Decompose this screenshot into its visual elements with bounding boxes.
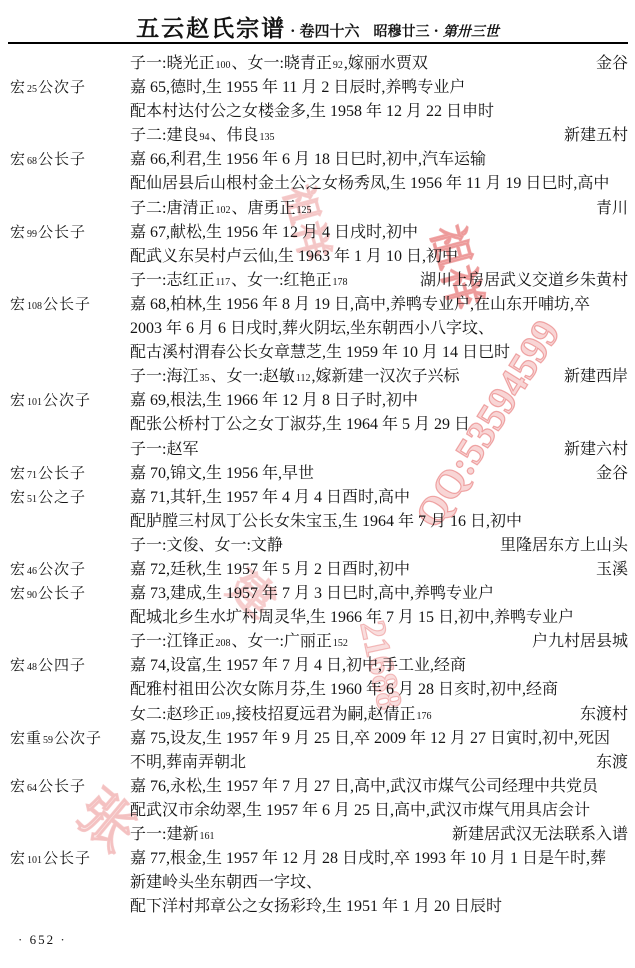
entry-place: 新建六村 [554, 438, 628, 462]
entry-label: 宏重59公次子 [10, 727, 130, 753]
entry-line: 宏51公之子嘉 71,其轩,生 1957 年 4 月 4 日酉时,高中 [10, 486, 628, 510]
entry-place: 新建居武汉无法联系入谱 [442, 823, 628, 847]
entry-line: 配武义东吴村卢云仙,生 1963 年 1 月 10 日,初中 [10, 245, 628, 269]
ref-number: 51 [26, 494, 38, 505]
entry-text: 配下洋村邦章公之女扬彩玲,生 1951 年 1 月 20 日辰时 [130, 895, 502, 919]
entry-text: 配古溪村渭春公长女章慧芝,生 1959 年 10 月 14 日巳时 [130, 341, 510, 365]
entry-line: 宏68公长子嘉 66,利君,生 1956 年 6 月 18 日巳时,初中,汽车运… [10, 148, 628, 172]
ref-number: 94 [198, 132, 210, 143]
entry-text: 子一:江锋正208、女一:广丽正152 [130, 630, 349, 656]
ref-number: 101 [26, 397, 43, 408]
entry-text: 新建岭头坐东朝西一字坟、 [130, 871, 322, 895]
entry-line: 宏71公长子嘉 70,锦文,生 1956 年,早世金谷 [10, 462, 628, 486]
ref-number: 125 [295, 205, 312, 216]
entry-text: 嘉 65,德时,生 1955 年 11 月 2 日辰时,养鸭专业户 [130, 76, 465, 100]
title-separator-2: · [434, 23, 439, 40]
ref-number: 161 [198, 831, 215, 842]
entry-line: 宏108公长子嘉 68,柏林,生 1956 年 8 月 19 日,高中,养鸭专业… [10, 293, 628, 317]
entry-line: 子一:江锋正208、女一:广丽正152户九村居县城 [10, 630, 628, 654]
ref-number: 35 [198, 373, 210, 384]
entries: 子一:晓光正100、女一:晓青正92,嫁丽水贾双金谷宏25公次子嘉 65,德时,… [10, 52, 628, 919]
entry-label: 宏71公长子 [10, 462, 130, 488]
entry-text: 配城北乡生水圹村周灵华,生 1966 年 7 月 15 日,初中,养鸭专业户 [130, 606, 574, 630]
entry-label: 宏51公之子 [10, 486, 130, 512]
entry-place: 里隆居东方上山头 [490, 534, 628, 558]
entry-label: 宏108公长子 [10, 293, 130, 319]
ref-number: 46 [26, 566, 38, 577]
entry-place: 湖川上房居武义交道乡朱黄村 [410, 269, 628, 293]
entry-text: 子二:唐清正102、唐勇正125 [130, 197, 312, 223]
entry-line: 宏90公长子嘉 73,建成,生 1957 年 7 月 3 日巳时,高中,养鸭专业… [10, 582, 628, 606]
entry-text: 配仙居县后山根村金土公之女杨秀凤,生 1956 年 11 月 19 日巳时,高中 [130, 172, 609, 196]
entry-line: 女二:赵珍正109,接枝招夏远君为嗣,赵倩正176东渡村 [10, 703, 628, 727]
entry-line: 子一:赵军新建六村 [10, 438, 628, 462]
entry-line: 配仙居县后山根村金土公之女杨秀凤,生 1956 年 11 月 19 日巳时,高中 [10, 172, 628, 196]
entry-place: 青川 [586, 197, 628, 221]
book-title: 五云赵氏宗谱 [136, 16, 286, 41]
entry-text: 配本村达付公之女楼金多,生 1958 年 12 月 22 日申时 [130, 100, 494, 124]
entry-line: 配城北乡生水圹村周灵华,生 1966 年 7 月 15 日,初中,养鸭专业户 [10, 606, 628, 630]
entry-text: 配雅村祖田公次女陈月芬,生 1960 年 6 月 28 日亥时,初中,经商 [130, 678, 558, 702]
entry-text: 嘉 77,根金,生 1957 年 12 月 28 日戌时,卒 1993 年 10… [130, 847, 606, 871]
entry-place: 东渡村 [570, 703, 628, 727]
ref-number: 109 [214, 711, 231, 722]
entry-text: 嘉 73,建成,生 1957 年 7 月 3 日巳时,高中,养鸭专业户 [130, 582, 494, 606]
entry-text: 配武汉市余幼翠,生 1957 年 6 月 25 日,高中,武汉市煤气用具店会计 [130, 799, 590, 823]
ref-number: 178 [332, 277, 349, 288]
entry-text: 子一:赵军 [130, 438, 198, 462]
entry-text: 子一:海江35、女一:赵敏112,嫁新建一汉次子兴标 [130, 365, 460, 391]
ref-number: 117 [214, 277, 231, 288]
entry-line: 宏99公长子嘉 67,献松,生 1956 年 12 月 4 日戌时,初中 [10, 221, 628, 245]
entry-line: 配胪膛三村凤丁公长女朱宝玉,生 1964 年 7 月 16 日,初中 [10, 510, 628, 534]
entry-line: 子一:海江35、女一:赵敏112,嫁新建一汉次子兴标新建西岸 [10, 365, 628, 389]
ref-number: 101 [26, 855, 43, 866]
entry-line: 配雅村祖田公次女陈月芬,生 1960 年 6 月 28 日亥时,初中,经商 [10, 678, 628, 702]
entry-line: 宏重59公次子嘉 75,设友,生 1957 年 9 月 25 日,卒 2009 … [10, 727, 628, 751]
entry-line: 宏48公四子嘉 74,设富,生 1957 年 7 月 4 日,初中,手工业,经商 [10, 654, 628, 678]
entry-label: 宏101公长子 [10, 847, 130, 873]
ref-number: 68 [26, 156, 38, 167]
entry-text: 2003 年 6 月 6 日戌时,葬火阴坛,坐东朝西小八字坟、 [130, 317, 494, 341]
entry-label: 宏99公长子 [10, 221, 130, 247]
entry-label: 宏101公次子 [10, 389, 130, 415]
ref-number: 48 [26, 662, 38, 673]
entry-line: 配本村达付公之女楼金多,生 1958 年 12 月 22 日申时 [10, 100, 628, 124]
entry-line: 2003 年 6 月 6 日戌时,葬火阴坛,坐东朝西小八字坟、 [10, 317, 628, 341]
entry-line: 配张公桥村丁公之女丁淑芬,生 1964 年 5 月 29 日 [10, 413, 628, 437]
ref-number: 59 [42, 735, 54, 746]
entry-line: 宏101公次子嘉 69,根法,生 1966 年 12 月 8 日子时,初中 [10, 389, 628, 413]
entry-text: 嘉 69,根法,生 1966 年 12 月 8 日子时,初中 [130, 389, 418, 413]
genealogy-page: 祖祥祖祥QQ:5359459921688张建 五云赵氏宗谱·卷四十六昭穆廿三·第… [0, 0, 635, 968]
entry-text: 子一:文俊、女一:文静 [130, 534, 283, 558]
entry-text: 嘉 76,永松,生 1957 年 7 月 27 日,高中,武汉市煤气公司经理中共… [130, 775, 598, 799]
ref-number: 135 [258, 132, 275, 143]
entry-text: 子一:晓光正100、女一:晓青正92,嫁丽水贾双 [130, 52, 428, 78]
entry-place: 东渡 [586, 751, 628, 775]
ref-number: 102 [214, 205, 231, 216]
ref-number: 92 [332, 60, 344, 71]
entry-text: 嘉 75,设友,生 1957 年 9 月 25 日,卒 2009 年 12 月 … [130, 727, 610, 751]
ref-number: 99 [26, 229, 38, 240]
entry-text: 嘉 67,献松,生 1956 年 12 月 4 日戌时,初中 [130, 221, 418, 245]
ref-number: 90 [26, 590, 38, 601]
ref-number: 108 [26, 301, 43, 312]
entry-line: 配武汉市余幼翠,生 1957 年 6 月 25 日,高中,武汉市煤气用具店会计 [10, 799, 628, 823]
entry-place: 金谷 [586, 52, 628, 76]
entry-line: 配下洋村邦章公之女扬彩玲,生 1951 年 1 月 20 日辰时 [10, 895, 628, 919]
entry-line: 子一:建新161新建居武汉无法联系入谱 [10, 823, 628, 847]
entry-line: 新建岭头坐东朝西一字坟、 [10, 871, 628, 895]
generation-label: 第卅三世 [443, 25, 499, 40]
entry-label: 宏68公长子 [10, 148, 130, 174]
ref-number: 152 [332, 638, 349, 649]
volume-label: 卷四十六 [299, 24, 359, 40]
entry-text: 配武义东吴村卢云仙,生 1963 年 1 月 10 日,初中 [130, 245, 458, 269]
ref-number: 176 [415, 711, 432, 722]
entry-label: 宏64公长子 [10, 775, 130, 801]
entry-line: 子二:唐清正102、唐勇正125青川 [10, 197, 628, 221]
entry-line: 宏64公长子嘉 76,永松,生 1957 年 7 月 27 日,高中,武汉市煤气… [10, 775, 628, 799]
entry-place: 新建五村 [554, 124, 628, 148]
entry-line: 子一:晓光正100、女一:晓青正92,嫁丽水贾双金谷 [10, 52, 628, 76]
header-rule [8, 42, 628, 44]
entry-place: 新建西岸 [554, 365, 628, 389]
entry-line: 宏25公次子嘉 65,德时,生 1955 年 11 月 2 日辰时,养鸭专业户 [10, 76, 628, 100]
entry-text: 嘉 71,其轩,生 1957 年 4 月 4 日酉时,高中 [130, 486, 410, 510]
entry-label: 宏90公长子 [10, 582, 130, 608]
entry-label: 宏25公次子 [10, 76, 130, 102]
entry-place: 金谷 [586, 462, 628, 486]
entry-line: 宏101公长子嘉 77,根金,生 1957 年 12 月 28 日戌时,卒 19… [10, 847, 628, 871]
entry-text: 嘉 74,设富,生 1957 年 7 月 4 日,初中,手工业,经商 [130, 654, 466, 678]
entry-line: 宏46公次子嘉 72,廷秋,生 1957 年 5 月 2 日酉时,初中玉溪 [10, 558, 628, 582]
entry-text: 配胪膛三村凤丁公长女朱宝玉,生 1964 年 7 月 16 日,初中 [130, 510, 522, 534]
branch-label: 昭穆廿三 [374, 25, 430, 40]
title-separator: · [290, 23, 295, 40]
entry-line: 配古溪村渭春公长女章慧芝,生 1959 年 10 月 14 日巳时 [10, 341, 628, 365]
entry-text: 嘉 66,利君,生 1956 年 6 月 18 日巳时,初中,汽车运输 [130, 148, 486, 172]
ref-number: 25 [26, 84, 38, 95]
ref-number: 100 [214, 60, 231, 71]
entry-line: 子一:文俊、女一:文静里隆居东方上山头 [10, 534, 628, 558]
entry-text: 不明,葬南弄朝北 [130, 751, 246, 775]
entry-text: 子二:建良94、伟良135 [130, 124, 275, 150]
entry-text: 嘉 72,廷秋,生 1957 年 5 月 2 日酉时,初中 [130, 558, 410, 582]
ref-number: 71 [26, 470, 38, 481]
entry-text: 女二:赵珍正109,接枝招夏远君为嗣,赵倩正176 [130, 703, 432, 729]
ref-number: 208 [214, 638, 231, 649]
entry-text: 子一:志红正117、女一:红艳正178 [130, 269, 349, 295]
entry-line: 子一:志红正117、女一:红艳正178湖川上房居武义交道乡朱黄村 [10, 269, 628, 293]
page-number: · 652 · [18, 932, 67, 948]
page-header: 五云赵氏宗谱·卷四十六昭穆廿三·第卅三世 [0, 10, 635, 43]
entry-text: 子一:建新161 [130, 823, 215, 849]
entry-line: 不明,葬南弄朝北东渡 [10, 751, 628, 775]
entry-text: 嘉 68,柏林,生 1956 年 8 月 19 日,高中,养鸭专业户,在山东开哺… [130, 293, 590, 317]
ref-number: 64 [26, 783, 38, 794]
entry-text: 嘉 70,锦文,生 1956 年,早世 [130, 462, 314, 486]
entry-label: 宏46公次子 [10, 558, 130, 584]
entry-place: 户九村居县城 [522, 630, 628, 654]
entry-line: 子二:建良94、伟良135新建五村 [10, 124, 628, 148]
entry-text: 配张公桥村丁公之女丁淑芬,生 1964 年 5 月 29 日 [130, 413, 470, 437]
entry-place: 玉溪 [586, 558, 628, 582]
entry-label: 宏48公四子 [10, 654, 130, 680]
ref-number: 112 [295, 373, 312, 384]
